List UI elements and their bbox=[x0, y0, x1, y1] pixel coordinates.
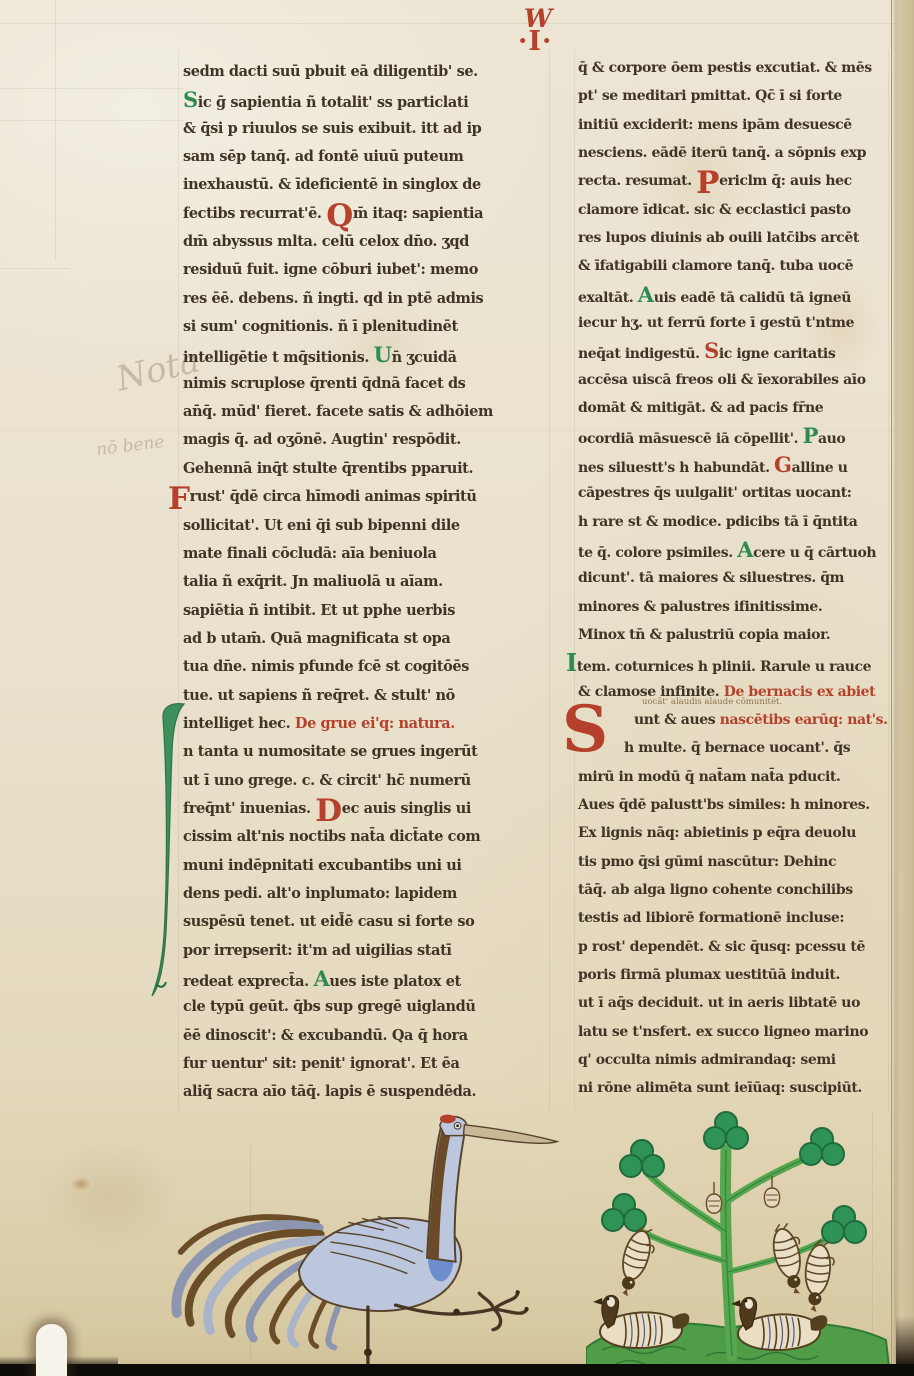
ruling-line bbox=[0, 23, 914, 24]
manuscript-line: accēsa uiscā freos oli & īexorabiles aīo bbox=[578, 366, 896, 394]
manuscript-line: inexhaustū. & īdeficientē in singlox de bbox=[183, 171, 549, 199]
manuscript-line: ēē dinoscit': & excubandū. Qa q̄ hora bbox=[183, 1022, 549, 1050]
manuscript-line: muni indēpnitati excubantibs uni ui bbox=[183, 852, 549, 880]
manuscript-line: neq̄at indigestū. Sic igne caritatis bbox=[578, 337, 896, 365]
thumb-tab bbox=[36, 1324, 67, 1376]
ruling-line bbox=[0, 120, 183, 121]
manuscript-line: h rare st & modice. pdicibs tā ī q̄ntita bbox=[578, 508, 896, 536]
manuscript-line: Ex lignis nāq: abietinis p eq̄ra deuolu bbox=[578, 819, 896, 847]
manuscript-line: n tanta u numositate se grues ingerūt bbox=[183, 738, 549, 766]
manuscript-line: Gehennā inq̄t stulte q̄rentibs pparuit. bbox=[183, 455, 549, 483]
manuscript-line: Sic ḡ sapientia ñ totalit' ss particlati bbox=[183, 86, 549, 114]
manuscript-line: & q̄si p riuulos se suis exibuit. itt ad… bbox=[183, 115, 549, 143]
manuscript-line: fectibs recurrat'ē. Qm̄ itaq: sapientia bbox=[183, 200, 549, 228]
manuscript-line: suspēsū tenet. ut eid̄ē casu si forte so bbox=[183, 908, 549, 936]
manuscript-line: res lupos diuinis ab ouili latc̄ibs arcē… bbox=[578, 224, 896, 252]
manuscript-line: freq̄nt' inuenias. Dec auis singlis ui bbox=[183, 795, 549, 823]
manuscript-line: sedm dacti suū pbuit eā diligentib' se. bbox=[183, 58, 549, 86]
manuscript-line: p rost' dependēt. & sic q̄usq: pcessu tē bbox=[578, 933, 896, 961]
manuscript-line: clamore īdicat. sic & ecclastici pasto bbox=[578, 196, 896, 224]
manuscript-line: tis pmo q̄si gūmi nascūtur: Dehinc bbox=[578, 848, 896, 876]
manuscript-line: q̄ & corpore ōem pestis excutiat. & mēs bbox=[578, 54, 896, 82]
manuscript-line: tua dn̄e. nimis pfunde fcē st cogitōēs bbox=[183, 653, 549, 681]
manuscript-line: nimis scruplose q̄renti q̄dnā facet ds bbox=[183, 370, 549, 398]
manuscript-line: sam sēp tanq̄. ad fontē uiuū puteum bbox=[183, 143, 549, 171]
manuscript-line: intelliget hec. De grue ei'q: natura. bbox=[183, 710, 549, 738]
manuscript-line: unt & aues nascētibs earūq: nat's. bbox=[578, 706, 896, 734]
manuscript-line: nesciens. eādē iterū tanq̄. a sōpnis exp bbox=[578, 139, 896, 167]
manuscript-line: an̄q̄. mūd' fieret. facete satis & adhōi… bbox=[183, 398, 549, 426]
quire-mark-i: ·I· bbox=[518, 26, 552, 57]
manuscript-line: Frust' q̄dē circa hīmodi animas spiritū bbox=[183, 483, 549, 511]
manuscript-line: dicunt'. tā maiores & siluestres. q̄m bbox=[578, 564, 896, 592]
manuscript-line: domāt & mitigāt. & ad pacis fr̄ne bbox=[578, 394, 896, 422]
manuscript-line: intelligētie t mq̄sitionis. Un̄ ʒcuidā bbox=[183, 341, 549, 369]
manuscript-line: testis ad libiorē formationē incluse: bbox=[578, 904, 896, 932]
manuscript-line: poris firmā plumax uestitūā induit. bbox=[578, 961, 896, 989]
ruling-line bbox=[55, 0, 56, 260]
manuscript-line: recta. resumat. Periclm q̄: auis hec bbox=[578, 167, 896, 195]
manuscript-line: magis q̄. ad oʒōnē. Augtin' respōdit. bbox=[183, 426, 549, 454]
manuscript-line: Item. coturnices h plinii. Rarule u rauc… bbox=[578, 649, 896, 677]
text-column-left: sedm dacti suū pbuit eā diligentib' se.S… bbox=[183, 58, 549, 1107]
ruling-line bbox=[574, 50, 575, 1110]
manuscript-page: W ·I· Nota nō bene uocāt' alaudis alaude… bbox=[0, 0, 914, 1376]
crane-illustration bbox=[148, 1112, 578, 1376]
manuscript-line: redeat exprect̄a. Aues iste platox et bbox=[183, 965, 549, 993]
manuscript-line: fur uentur' sit: penit' ignorat'. Et ēa bbox=[183, 1050, 549, 1078]
manuscript-line: & īfatigabili clamore tanq̄. tuba uocē bbox=[578, 252, 896, 280]
scan-bottom-bar bbox=[0, 1364, 914, 1376]
manuscript-line: tue. ut sapiens ñ req̄ret. & stult' nō bbox=[183, 682, 549, 710]
manuscript-line: cissim alt'nis noctibs nat̄a dict̄ate co… bbox=[183, 823, 549, 851]
manuscript-line: pt' se meditari pmittat. Qc̄ ī si forte bbox=[578, 82, 896, 110]
manuscript-line: ad b utam̄. Quā magnificata st opa bbox=[183, 625, 549, 653]
ruling-line bbox=[0, 88, 183, 89]
manuscript-line: ut ī aq̄s deciduit. ut in aeris libtatē … bbox=[578, 989, 896, 1017]
manuscript-line: mirū in modū q̄ nat̄am nat̄a pducit. bbox=[578, 763, 896, 791]
manuscript-line: ut ī uno grege. c. & circit' hc̄ numerū bbox=[183, 767, 549, 795]
parchment-stain bbox=[72, 1178, 90, 1190]
manuscript-line: Aues q̄dē palustt'bs similes: h minores. bbox=[578, 791, 896, 819]
ruling-line bbox=[549, 50, 550, 1110]
page-edge-right bbox=[891, 0, 914, 1376]
manuscript-line: ocordiā māsuescē iā cōpellit'. Pauo bbox=[578, 422, 896, 450]
manuscript-line: nes siluestt's h habundāt. Galline u bbox=[578, 451, 896, 479]
manuscript-line: & clamose infinite. De bernacis ex abiet bbox=[578, 678, 896, 706]
manuscript-line: sapiētia ñ intibit. Et ut pphe uerbis bbox=[183, 597, 549, 625]
manuscript-line: h multe. q̄ bernace uocant'. q̄s bbox=[578, 734, 896, 762]
manuscript-line: mate finali cōcludā: aīa beniuola bbox=[183, 540, 549, 568]
marginal-note-no-bene: nō bene bbox=[95, 432, 165, 460]
ruling-line bbox=[0, 268, 70, 269]
manuscript-line: dens pedi. alt'o inplumato: lapidem bbox=[183, 880, 549, 908]
manuscript-line: cāpestres q̄s uulgalit' ortitas uocant: bbox=[578, 479, 896, 507]
manuscript-line: iecur hʒ. ut ferrū forte ī gestū t'ntme bbox=[578, 309, 896, 337]
manuscript-line: minores & palustres ifinitissime. bbox=[578, 593, 896, 621]
manuscript-line: tāq̄. ab alga ligno cohente conchilibs bbox=[578, 876, 896, 904]
manuscript-line: ni rōne alimēta sunt ieīūaq: suscipiūt. bbox=[578, 1074, 896, 1102]
manuscript-line: Minox tn̄ & palustriū copia maior. bbox=[578, 621, 896, 649]
manuscript-line: cle typū geūt. q̄bs sup gregē uiglandū bbox=[183, 993, 549, 1021]
manuscript-line: initiū exciderit: mens ipām desuescē bbox=[578, 111, 896, 139]
manuscript-line: por irrepserit: it'm ad uigilias statī bbox=[183, 937, 549, 965]
manuscript-line: te q̄. colore psimiles. Acere u q̄ cārtu… bbox=[578, 536, 896, 564]
manuscript-line: si sum' cognitionis. ñ ī plenitudinēt bbox=[183, 313, 549, 341]
manuscript-line: talia ñ exq̄rit. Jn maliuolā u aīam. bbox=[183, 568, 549, 596]
manuscript-line: latu se t'nsfert. ex succo ligneo marino bbox=[578, 1018, 896, 1046]
large-initial-s: S bbox=[562, 700, 608, 760]
manuscript-line: res ēē. debens. ñ ingti. qd in ptē admis bbox=[183, 285, 549, 313]
manuscript-line: sollicitat'. Ut eni q̄i sub bipenni dile bbox=[183, 512, 549, 540]
manuscript-line: exaltāt. Auis eadē tā calidū tā igneū bbox=[578, 281, 896, 309]
barnacle-goose-tree-illustration bbox=[586, 1110, 890, 1376]
manuscript-line: q' occulta nimis admirandaq: semi bbox=[578, 1046, 896, 1074]
manuscript-line: dm̄ abyssus mlta. celū celox dn̄o. ʒqd bbox=[183, 228, 549, 256]
manuscript-line: residuū fuit. igne cōburi iubet': memo bbox=[183, 256, 549, 284]
manuscript-line: aliq̄ sacra aīo tāq̄. lapis ē suspendēda… bbox=[183, 1078, 549, 1106]
text-column-right: S q̄ & corpore ōem pestis excutiat. & mē… bbox=[578, 54, 896, 1103]
